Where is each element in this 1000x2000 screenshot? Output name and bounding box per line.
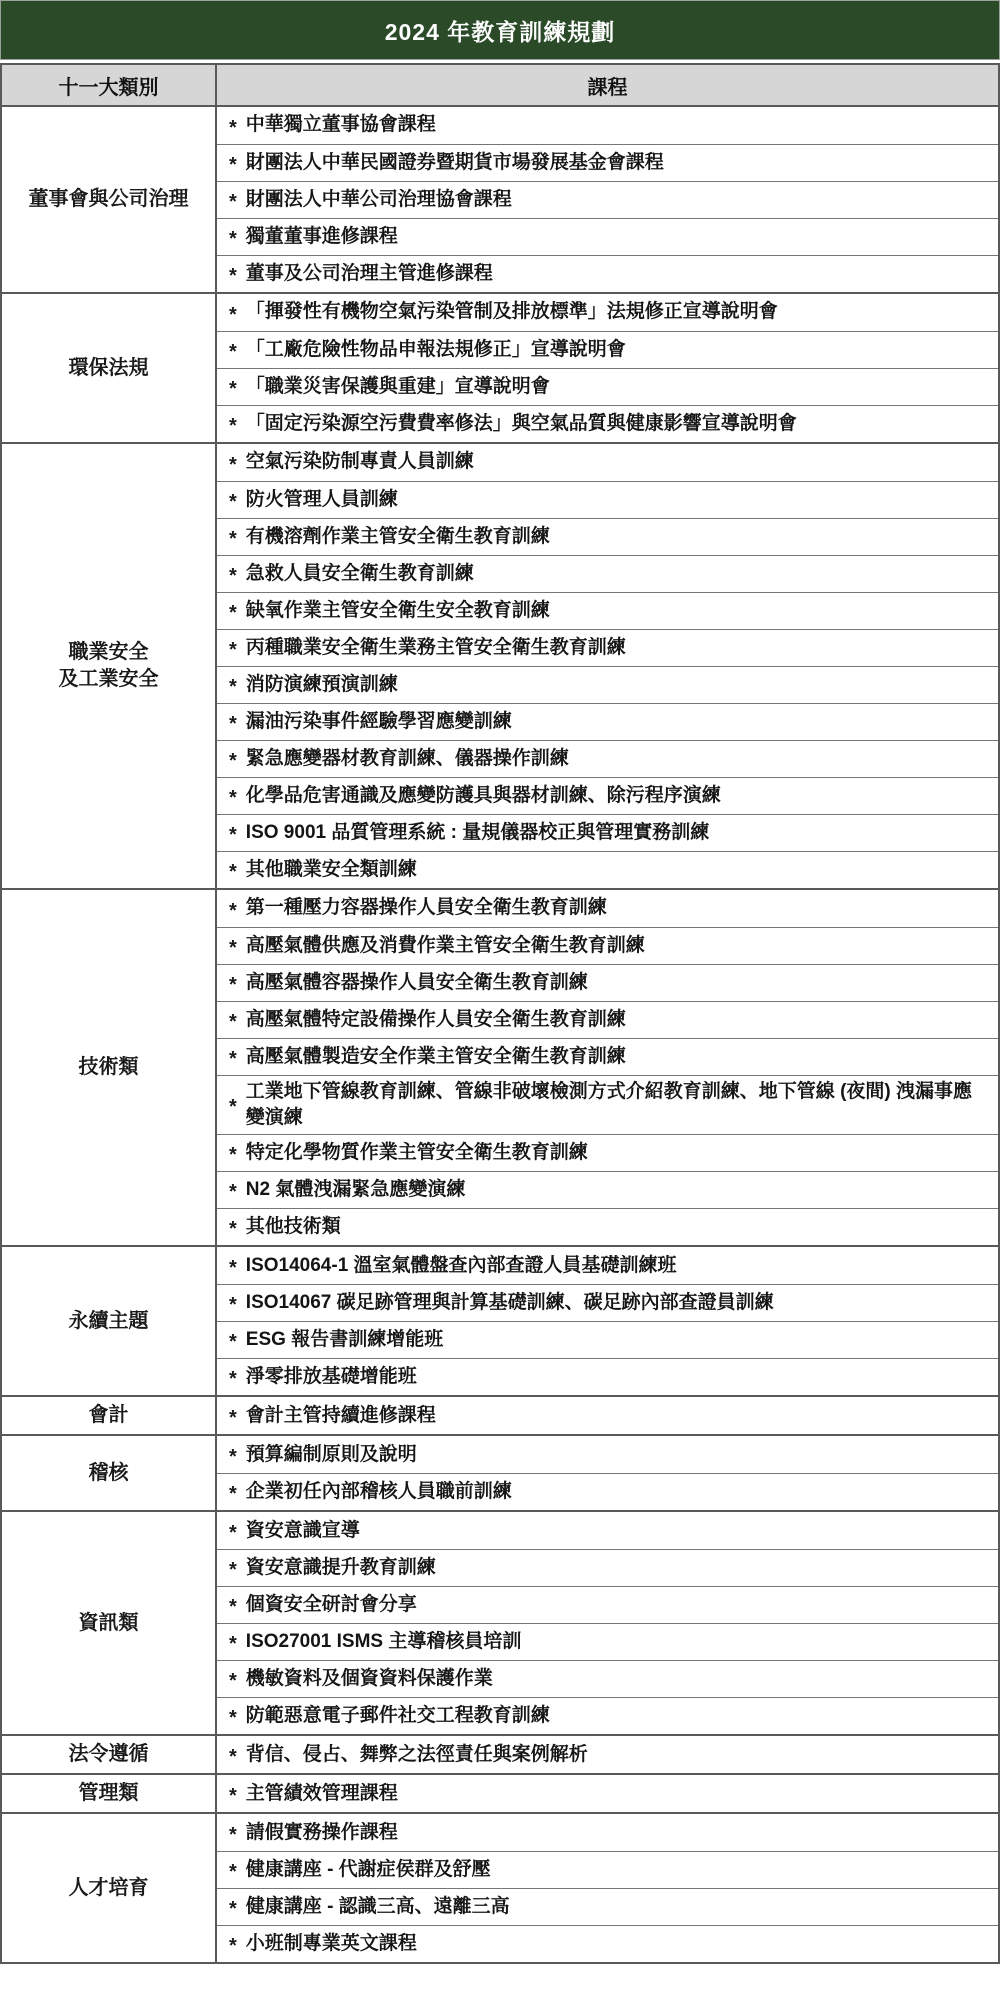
course-row: *N2 氣體洩漏緊急應變演練 bbox=[217, 1171, 998, 1208]
course-row: *高壓氣體製造安全作業主管安全衛生教育訓練 bbox=[217, 1038, 998, 1075]
course-row: *健康講座 - 認識三高、遠離三高 bbox=[217, 1888, 998, 1925]
asterisk-bullet: * bbox=[229, 821, 237, 845]
asterisk-bullet: * bbox=[229, 934, 237, 958]
asterisk-bullet: * bbox=[229, 301, 237, 325]
course-row: *財團法人中華民國證券暨期貨市場發展基金會課程 bbox=[217, 144, 998, 181]
course-label: ISO 9001 品質管理系統 : 量規儀器校正與管理實務訓練 bbox=[246, 820, 709, 846]
asterisk-bullet: * bbox=[229, 1008, 237, 1032]
asterisk-bullet: * bbox=[229, 971, 237, 995]
asterisk-bullet: * bbox=[229, 525, 237, 549]
category-cell: 人才培育 bbox=[2, 1814, 217, 1962]
course-row: *企業初任內部稽核人員職前訓練 bbox=[217, 1473, 998, 1510]
course-label: 「固定污染源空污費費率修法」與空氣品質與健康影響宣導說明會 bbox=[246, 411, 797, 437]
asterisk-bullet: * bbox=[229, 151, 237, 175]
course-row: *第一種壓力容器操作人員安全衛生教育訓練 bbox=[217, 890, 998, 927]
training-plan-table: 十一大類別 課程 董事會與公司治理*中華獨立董事協會課程*財團法人中華民國證券暨… bbox=[0, 63, 1000, 1964]
course-row: *財團法人中華公司治理協會課程 bbox=[217, 181, 998, 218]
course-label: 中華獨立董事協會課程 bbox=[246, 112, 436, 138]
category-section: 職業安全 及工業安全*空氣污染防制專責人員訓練*防火管理人員訓練*有機溶劑作業主… bbox=[2, 442, 998, 888]
asterisk-bullet: * bbox=[229, 1328, 237, 1352]
category-section: 環保法規*「揮發性有機物空氣污染管制及排放標準」法規修正宣導說明會*「工廠危險性… bbox=[2, 292, 998, 442]
course-label: 資安意識宣導 bbox=[246, 1518, 360, 1544]
category-section: 技術類*第一種壓力容器操作人員安全衛生教育訓練*高壓氣體供應及消費作業主管安全衛… bbox=[2, 888, 998, 1245]
course-label: N2 氣體洩漏緊急應變演練 bbox=[246, 1177, 466, 1203]
asterisk-bullet: * bbox=[229, 897, 237, 921]
courses-column: *預算編制原則及說明*企業初任內部稽核人員職前訓練 bbox=[217, 1436, 998, 1510]
course-row: *消防演練預演訓練 bbox=[217, 666, 998, 703]
course-label: 個資安全研討會分享 bbox=[246, 1592, 417, 1618]
course-label: 預算編制原則及說明 bbox=[246, 1442, 417, 1468]
course-label: 高壓氣體特定設備操作人員安全衛生教育訓練 bbox=[246, 1007, 626, 1033]
asterisk-bullet: * bbox=[229, 188, 237, 212]
table-body: 董事會與公司治理*中華獨立董事協會課程*財團法人中華民國證券暨期貨市場發展基金會… bbox=[2, 107, 998, 1962]
asterisk-bullet: * bbox=[229, 1704, 237, 1728]
course-row: *資安意識提升教育訓練 bbox=[217, 1549, 998, 1586]
course-row: *其他職業安全類訓練 bbox=[217, 851, 998, 888]
course-row: *防範惡意電子郵件社交工程教育訓練 bbox=[217, 1697, 998, 1734]
course-row: *防火管理人員訓練 bbox=[217, 481, 998, 518]
column-header-courses: 課程 bbox=[217, 65, 998, 105]
category-section: 資訊類*資安意識宣導*資安意識提升教育訓練*個資安全研討會分享*ISO27001… bbox=[2, 1510, 998, 1734]
course-label: 空氣污染防制專責人員訓練 bbox=[246, 449, 474, 475]
category-section: 管理類*主管績效管理課程 bbox=[2, 1773, 998, 1812]
courses-column: *第一種壓力容器操作人員安全衛生教育訓練*高壓氣體供應及消費作業主管安全衛生教育… bbox=[217, 890, 998, 1245]
course-label: 高壓氣體製造安全作業主管安全衛生教育訓練 bbox=[246, 1044, 626, 1070]
course-label: 其他技術類 bbox=[246, 1214, 341, 1240]
course-row: *會計主管持續進修課程 bbox=[217, 1397, 998, 1434]
course-row: *「工廠危險性物品申報法規修正」宣導說明會 bbox=[217, 331, 998, 368]
course-row: *「固定污染源空污費費率修法」與空氣品質與健康影響宣導說明會 bbox=[217, 405, 998, 442]
asterisk-bullet: * bbox=[229, 673, 237, 697]
category-section: 人才培育*請假實務操作課程*健康講座 - 代謝症侯群及舒壓*健康講座 - 認識三… bbox=[2, 1812, 998, 1962]
course-label: 會計主管持續進修課程 bbox=[246, 1403, 436, 1429]
category-section: 會計*會計主管持續進修課程 bbox=[2, 1395, 998, 1434]
asterisk-bullet: * bbox=[229, 1743, 237, 1767]
course-row: *ISO27001 ISMS 主導稽核員培訓 bbox=[217, 1623, 998, 1660]
asterisk-bullet: * bbox=[229, 1630, 237, 1654]
course-row: *高壓氣體供應及消費作業主管安全衛生教育訓練 bbox=[217, 927, 998, 964]
asterisk-bullet: * bbox=[229, 338, 237, 362]
courses-column: *背信、侵占、舞弊之法徑責任與案例解析 bbox=[217, 1736, 998, 1773]
courses-column: *請假實務操作課程*健康講座 - 代謝症侯群及舒壓*健康講座 - 認識三高、遠離… bbox=[217, 1814, 998, 1962]
asterisk-bullet: * bbox=[229, 562, 237, 586]
course-label: 工業地下管線教育訓練、管線非破壞檢測方式介紹教育訓練、地下管線 (夜間) 洩漏事… bbox=[246, 1079, 984, 1131]
course-row: *ESG 報告書訓練增能班 bbox=[217, 1321, 998, 1358]
course-label: 急救人員安全衛生教育訓練 bbox=[246, 561, 474, 587]
course-row: *空氣污染防制專責人員訓練 bbox=[217, 444, 998, 481]
category-section: 董事會與公司治理*中華獨立董事協會課程*財團法人中華民國證券暨期貨市場發展基金會… bbox=[2, 107, 998, 292]
asterisk-bullet: * bbox=[229, 1141, 237, 1165]
course-row: *請假實務操作課程 bbox=[217, 1814, 998, 1851]
asterisk-bullet: * bbox=[229, 225, 237, 249]
course-row: *緊急應變器材教育訓練、儀器操作訓練 bbox=[217, 740, 998, 777]
courses-column: *空氣污染防制專責人員訓練*防火管理人員訓練*有機溶劑作業主管安全衛生教育訓練*… bbox=[217, 444, 998, 888]
course-row: *資安意識宣導 bbox=[217, 1512, 998, 1549]
course-label: 企業初任內部稽核人員職前訓練 bbox=[246, 1479, 512, 1505]
course-row: *化學品危害通識及應變防護具與器材訓練、除污程序演練 bbox=[217, 777, 998, 814]
asterisk-bullet: * bbox=[229, 636, 237, 660]
page: 2024 年教育訓練規劃 十一大類別 課程 董事會與公司治理*中華獨立董事協會課… bbox=[0, 0, 1000, 1964]
asterisk-bullet: * bbox=[229, 1593, 237, 1617]
course-label: 財團法人中華公司治理協會課程 bbox=[246, 187, 512, 213]
course-row: *預算編制原則及說明 bbox=[217, 1436, 998, 1473]
asterisk-bullet: * bbox=[229, 114, 237, 138]
course-label: 漏油污染事件經驗學習應變訓練 bbox=[246, 709, 512, 735]
course-label: 「職業災害保護與重建」宣導說明會 bbox=[246, 374, 550, 400]
course-row: *主管績效管理課程 bbox=[217, 1775, 998, 1812]
course-label: 高壓氣體容器操作人員安全衛生教育訓練 bbox=[246, 970, 588, 996]
course-row: *淨零排放基礎增能班 bbox=[217, 1358, 998, 1395]
asterisk-bullet: * bbox=[229, 488, 237, 512]
asterisk-bullet: * bbox=[229, 1932, 237, 1956]
category-cell: 技術類 bbox=[2, 890, 217, 1245]
course-label: 財團法人中華民國證券暨期貨市場發展基金會課程 bbox=[246, 150, 664, 176]
course-label: 機敏資料及個資資料保護作業 bbox=[246, 1666, 493, 1692]
course-label: 資安意識提升教育訓練 bbox=[246, 1555, 436, 1581]
category-section: 永續主題*ISO14064-1 溫室氣體盤查內部查證人員基礎訓練班*ISO140… bbox=[2, 1245, 998, 1395]
course-label: 請假實務操作課程 bbox=[246, 1820, 398, 1846]
course-label: 化學品危害通識及應變防護具與器材訓練、除污程序演練 bbox=[246, 783, 721, 809]
course-row: *急救人員安全衛生教育訓練 bbox=[217, 555, 998, 592]
page-title: 2024 年教育訓練規劃 bbox=[385, 14, 616, 47]
course-label: 獨董董事進修課程 bbox=[246, 224, 398, 250]
table-header-row: 十一大類別 課程 bbox=[2, 65, 998, 107]
course-label: 丙種職業安全衛生業務主管安全衛生教育訓練 bbox=[246, 635, 626, 661]
asterisk-bullet: * bbox=[229, 1365, 237, 1389]
asterisk-bullet: * bbox=[229, 1178, 237, 1202]
category-cell: 會計 bbox=[2, 1397, 217, 1434]
asterisk-bullet: * bbox=[229, 1404, 237, 1428]
title-banner: 2024 年教育訓練規劃 bbox=[0, 0, 1000, 60]
category-cell: 資訊類 bbox=[2, 1512, 217, 1734]
asterisk-bullet: * bbox=[229, 1519, 237, 1543]
course-row: *有機溶劑作業主管安全衛生教育訓練 bbox=[217, 518, 998, 555]
asterisk-bullet: * bbox=[229, 262, 237, 286]
asterisk-bullet: * bbox=[229, 1782, 237, 1806]
course-row: *高壓氣體特定設備操作人員安全衛生教育訓練 bbox=[217, 1001, 998, 1038]
course-label: ESG 報告書訓練增能班 bbox=[246, 1327, 443, 1353]
category-cell: 稽核 bbox=[2, 1436, 217, 1510]
category-section: 法令遵循*背信、侵占、舞弊之法徑責任與案例解析 bbox=[2, 1734, 998, 1773]
course-row: *「職業災害保護與重建」宣導說明會 bbox=[217, 368, 998, 405]
course-row: *丙種職業安全衛生業務主管安全衛生教育訓練 bbox=[217, 629, 998, 666]
asterisk-bullet: * bbox=[229, 1291, 237, 1315]
course-row: *健康講座 - 代謝症侯群及舒壓 bbox=[217, 1851, 998, 1888]
course-row: *獨董董事進修課程 bbox=[217, 218, 998, 255]
courses-column: *ISO14064-1 溫室氣體盤查內部查證人員基礎訓練班*ISO14067 碳… bbox=[217, 1247, 998, 1395]
course-label: 有機溶劑作業主管安全衛生教育訓練 bbox=[246, 524, 550, 550]
asterisk-bullet: * bbox=[229, 1443, 237, 1467]
category-cell: 董事會與公司治理 bbox=[2, 107, 217, 292]
asterisk-bullet: * bbox=[229, 710, 237, 734]
course-label: 主管績效管理課程 bbox=[246, 1781, 398, 1807]
asterisk-bullet: * bbox=[229, 1480, 237, 1504]
course-label: 背信、侵占、舞弊之法徑責任與案例解析 bbox=[246, 1742, 588, 1768]
course-label: 第一種壓力容器操作人員安全衛生教育訓練 bbox=[246, 895, 607, 921]
asterisk-bullet: * bbox=[229, 451, 237, 475]
course-label: ISO14067 碳足跡管理與計算基礎訓練、碳足跡內部查證員訓練 bbox=[246, 1290, 774, 1316]
asterisk-bullet: * bbox=[229, 1045, 237, 1069]
course-row: *工業地下管線教育訓練、管線非破壞檢測方式介紹教育訓練、地下管線 (夜間) 洩漏… bbox=[217, 1075, 998, 1134]
course-row: *「揮發性有機物空氣污染管制及排放標準」法規修正宣導說明會 bbox=[217, 294, 998, 331]
course-row: *特定化學物質作業主管安全衛生教育訓練 bbox=[217, 1134, 998, 1171]
course-row: *董事及公司治理主管進修課程 bbox=[217, 255, 998, 292]
asterisk-bullet: * bbox=[229, 599, 237, 623]
asterisk-bullet: * bbox=[229, 1895, 237, 1919]
courses-column: *「揮發性有機物空氣污染管制及排放標準」法規修正宣導說明會*「工廠危險性物品申報… bbox=[217, 294, 998, 442]
course-row: *其他技術類 bbox=[217, 1208, 998, 1245]
course-label: ISO27001 ISMS 主導稽核員培訓 bbox=[246, 1629, 522, 1655]
course-label: 董事及公司治理主管進修課程 bbox=[246, 261, 493, 287]
category-section: 稽核*預算編制原則及說明*企業初任內部稽核人員職前訓練 bbox=[2, 1434, 998, 1510]
asterisk-bullet: * bbox=[229, 1667, 237, 1691]
course-row: *中華獨立董事協會課程 bbox=[217, 107, 998, 144]
asterisk-bullet: * bbox=[229, 1215, 237, 1239]
course-label: 特定化學物質作業主管安全衛生教育訓練 bbox=[246, 1140, 588, 1166]
course-label: 其他職業安全類訓練 bbox=[246, 857, 417, 883]
course-row: *高壓氣體容器操作人員安全衛生教育訓練 bbox=[217, 964, 998, 1001]
asterisk-bullet: * bbox=[229, 747, 237, 771]
category-cell: 環保法規 bbox=[2, 294, 217, 442]
course-row: *ISO 9001 品質管理系統 : 量規儀器校正與管理實務訓練 bbox=[217, 814, 998, 851]
course-label: 缺氧作業主管安全衛生安全教育訓練 bbox=[246, 598, 550, 624]
course-label: 高壓氣體供應及消費作業主管安全衛生教育訓練 bbox=[246, 933, 645, 959]
column-header-categories: 十一大類別 bbox=[2, 65, 217, 105]
course-row: *ISO14067 碳足跡管理與計算基礎訓練、碳足跡內部查證員訓練 bbox=[217, 1284, 998, 1321]
course-label: 防火管理人員訓練 bbox=[246, 487, 398, 513]
asterisk-bullet: * bbox=[229, 412, 237, 436]
asterisk-bullet: * bbox=[229, 858, 237, 882]
course-row: *小班制專業英文課程 bbox=[217, 1925, 998, 1962]
courses-column: *主管績效管理課程 bbox=[217, 1775, 998, 1812]
category-cell: 管理類 bbox=[2, 1775, 217, 1812]
asterisk-bullet: * bbox=[229, 1858, 237, 1882]
course-row: *缺氧作業主管安全衛生安全教育訓練 bbox=[217, 592, 998, 629]
asterisk-bullet: * bbox=[229, 375, 237, 399]
asterisk-bullet: * bbox=[229, 1556, 237, 1580]
course-label: 健康講座 - 認識三高、遠離三高 bbox=[246, 1894, 510, 1920]
category-cell: 職業安全 及工業安全 bbox=[2, 444, 217, 888]
asterisk-bullet: * bbox=[229, 1254, 237, 1278]
course-row: *個資安全研討會分享 bbox=[217, 1586, 998, 1623]
category-cell: 法令遵循 bbox=[2, 1736, 217, 1773]
course-label: 「工廠危險性物品申報法規修正」宣導說明會 bbox=[246, 337, 626, 363]
asterisk-bullet: * bbox=[229, 1093, 237, 1117]
courses-column: *資安意識宣導*資安意識提升教育訓練*個資安全研討會分享*ISO27001 IS… bbox=[217, 1512, 998, 1734]
course-label: 小班制專業英文課程 bbox=[246, 1931, 417, 1957]
courses-column: *中華獨立董事協會課程*財團法人中華民國證券暨期貨市場發展基金會課程*財團法人中… bbox=[217, 107, 998, 292]
course-label: 緊急應變器材教育訓練、儀器操作訓練 bbox=[246, 746, 569, 772]
courses-column: *會計主管持續進修課程 bbox=[217, 1397, 998, 1434]
course-label: 「揮發性有機物空氣污染管制及排放標準」法規修正宣導說明會 bbox=[246, 299, 778, 325]
course-label: 淨零排放基礎增能班 bbox=[246, 1364, 417, 1390]
course-row: *背信、侵占、舞弊之法徑責任與案例解析 bbox=[217, 1736, 998, 1773]
course-label: 消防演練預演訓練 bbox=[246, 672, 398, 698]
course-label: 健康講座 - 代謝症侯群及舒壓 bbox=[246, 1857, 491, 1883]
asterisk-bullet: * bbox=[229, 1821, 237, 1845]
asterisk-bullet: * bbox=[229, 784, 237, 808]
course-row: *機敏資料及個資資料保護作業 bbox=[217, 1660, 998, 1697]
course-label: ISO14064-1 溫室氣體盤查內部查證人員基礎訓練班 bbox=[246, 1253, 677, 1279]
course-label: 防範惡意電子郵件社交工程教育訓練 bbox=[246, 1703, 550, 1729]
course-row: *漏油污染事件經驗學習應變訓練 bbox=[217, 703, 998, 740]
category-cell: 永續主題 bbox=[2, 1247, 217, 1395]
course-row: *ISO14064-1 溫室氣體盤查內部查證人員基礎訓練班 bbox=[217, 1247, 998, 1284]
